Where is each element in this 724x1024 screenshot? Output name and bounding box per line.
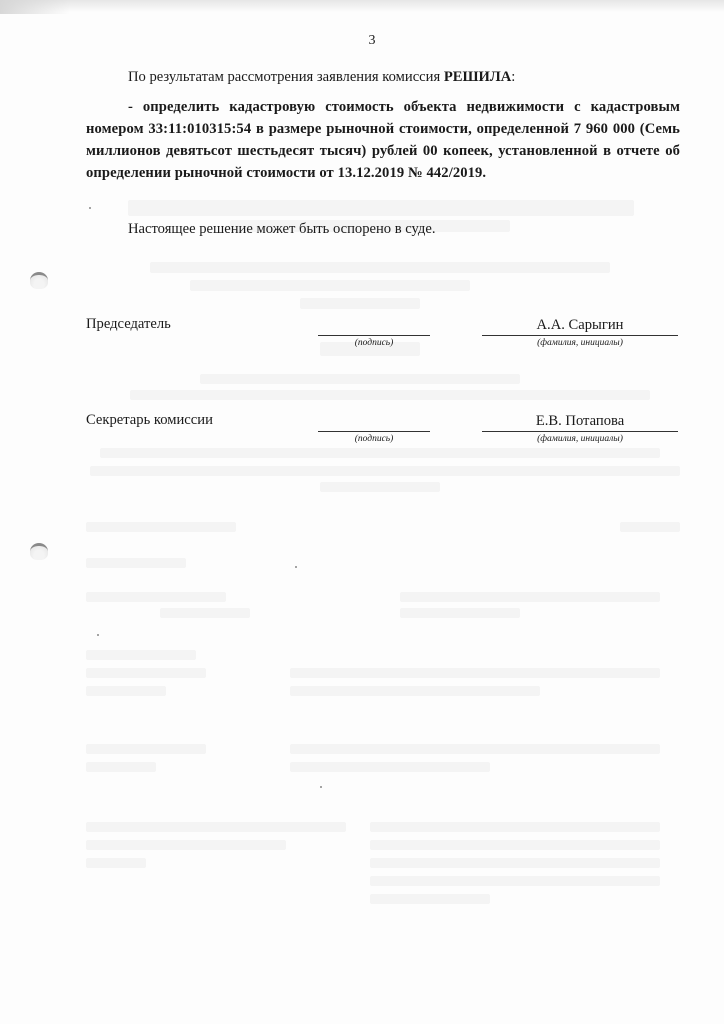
- intro-suffix: :: [511, 69, 515, 85]
- name-line: [482, 431, 678, 432]
- signature-line: [318, 335, 430, 336]
- decision-word: РЕШИЛА: [444, 69, 511, 85]
- intro-paragraph: По результатам рассмотрения заявления ко…: [86, 66, 680, 88]
- punch-hole-bottom: [30, 543, 48, 560]
- scan-speck: [97, 634, 99, 636]
- appeal-notice: Настоящее решение может быть оспорено в …: [86, 218, 680, 240]
- signature-line: [318, 431, 430, 432]
- signatory-role: Председатель: [86, 316, 171, 333]
- scan-corner-shadow: [0, 0, 70, 14]
- scan-speck: [295, 566, 297, 568]
- signature-caption: (подпись): [318, 338, 430, 348]
- signatory-name: А.А. Сарыгин: [482, 317, 678, 334]
- signatory-name: Е.В. Потапова: [482, 413, 678, 430]
- name-caption: (фамилия, инициалы): [482, 434, 678, 444]
- punch-hole-top: [30, 272, 48, 289]
- scan-speck: [320, 786, 322, 788]
- signatory-role: Секретарь комиссии: [86, 412, 213, 429]
- page-number: 3: [0, 33, 724, 49]
- signature-block-secretary: Секретарь комиссии Е.В. Потапова (подпис…: [86, 412, 680, 452]
- name-line: [482, 335, 678, 336]
- scan-edge-shadow: [0, 0, 724, 12]
- scan-speck: [89, 207, 91, 209]
- name-caption: (фамилия, инициалы): [482, 338, 678, 348]
- signature-caption: (подпись): [318, 434, 430, 444]
- signature-block-chairman: Председатель А.А. Сарыгин (подпись) (фам…: [86, 316, 680, 356]
- decision-paragraph: - определить кадастровую стоимость объек…: [86, 96, 680, 184]
- intro-text: По результатам рассмотрения заявления ко…: [128, 69, 444, 85]
- document-page: 3 По результатам рассмотрения заявления …: [0, 0, 724, 1024]
